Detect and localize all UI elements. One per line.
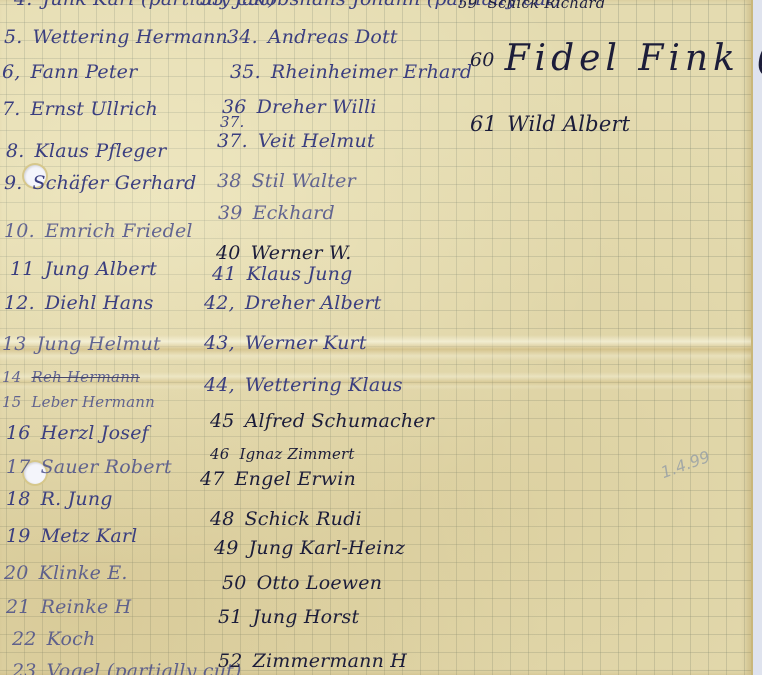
entry-name: Reh Hermann bbox=[32, 368, 140, 386]
entry-name: Stil Walter bbox=[252, 170, 356, 192]
entry-number: 40 bbox=[216, 242, 241, 264]
list-entry: 43,Werner Kurt bbox=[204, 332, 367, 354]
entry-number: 47 bbox=[200, 468, 225, 490]
entry-name: Schäfer Gerhard bbox=[33, 172, 197, 194]
entry-number: 20 bbox=[4, 562, 29, 584]
list-entry: 49Jung Karl-Heinz bbox=[214, 537, 405, 559]
list-entry: 40Werner W. bbox=[216, 242, 352, 264]
entry-name: Rheinheimer Erhard bbox=[271, 61, 472, 83]
list-entry: 12.Diehl Hans bbox=[4, 292, 154, 314]
entry-number: 16 bbox=[6, 422, 31, 444]
list-entry: 8.Klaus Pfleger bbox=[6, 140, 166, 162]
entry-name: Wild Albert bbox=[507, 112, 630, 136]
entry-name: Jung Helmut bbox=[37, 333, 161, 355]
entry-name: Veit Helmut bbox=[258, 130, 375, 152]
list-entry: 42,Dreher Albert bbox=[204, 292, 382, 314]
list-entry: 16Herzl Josef bbox=[6, 422, 149, 444]
list-entry: 61Wild Albert bbox=[470, 112, 630, 136]
entry-name: Andreas Dott bbox=[268, 26, 398, 48]
list-entry: 19Metz Karl bbox=[6, 525, 137, 547]
entry-number: 23 bbox=[12, 660, 37, 675]
pencil-note: 1.4.99 bbox=[658, 447, 712, 482]
list-entry: 9.Schäfer Gerhard bbox=[4, 172, 196, 194]
entry-number: 9. bbox=[4, 172, 23, 194]
entry-number: 8. bbox=[6, 140, 25, 162]
entry-number: 44, bbox=[204, 374, 235, 396]
list-entry: 45Alfred Schumacher bbox=[210, 410, 434, 432]
entry-number: 38 bbox=[217, 170, 242, 192]
entry-name: Jung Karl-Heinz bbox=[249, 537, 406, 559]
entry-name: R. Jung bbox=[41, 488, 113, 510]
entry-number: 51 bbox=[218, 606, 243, 628]
entry-number: 12. bbox=[4, 292, 35, 314]
entry-name: Koch bbox=[47, 628, 96, 650]
entry-name: Reinke H bbox=[41, 596, 132, 618]
entry-name: Schick Rudi bbox=[245, 508, 362, 530]
entry-name: Emrich Friedel bbox=[45, 220, 193, 242]
entry-number: 7. bbox=[2, 98, 21, 120]
entry-name: Wettering Klaus bbox=[245, 374, 403, 396]
list-entry: 23Vogel (partially cut) bbox=[12, 660, 242, 675]
entry-number: 11 bbox=[10, 258, 35, 280]
entry-name: Klinke E. bbox=[39, 562, 128, 584]
entry-number: 14 bbox=[2, 368, 22, 386]
entry-name: Eckhard bbox=[253, 202, 335, 224]
list-entry: 22Koch bbox=[12, 628, 95, 650]
entry-number: 6, bbox=[2, 61, 21, 83]
list-entry: 13Jung Helmut bbox=[2, 333, 161, 355]
entry-number: 37. bbox=[220, 113, 244, 131]
entry-number: 4. bbox=[14, 0, 33, 10]
squared-paper-sheet: 4.Junk Karl (partially cut) 5.Wettering … bbox=[0, 0, 753, 675]
entry-number: 18 bbox=[6, 488, 31, 510]
entry-number: 60 bbox=[470, 49, 495, 71]
entry-name: Dreher Willi bbox=[257, 96, 377, 118]
list-entry: 6,Fann Peter bbox=[2, 61, 137, 83]
entry-name: Leber Hermann bbox=[32, 393, 155, 411]
entry-name: Alfred Schumacher bbox=[245, 410, 434, 432]
list-entry: 7.Ernst Ullrich bbox=[2, 98, 158, 120]
list-entry: 50Otto Loewen bbox=[222, 572, 382, 594]
entry-name: Dreher Albert bbox=[245, 292, 382, 314]
entry-name: Schick Richard bbox=[488, 0, 606, 12]
entry-name: Vogel (partially cut) bbox=[47, 660, 242, 675]
entry-number: 34. bbox=[227, 26, 258, 48]
list-entry: 21Reinke H bbox=[6, 596, 131, 618]
entry-number: 15 bbox=[2, 393, 22, 411]
entry-number: 39 bbox=[218, 202, 243, 224]
entry-number: 52 bbox=[218, 650, 243, 672]
entry-name: Fann Peter bbox=[31, 61, 138, 83]
list-entry: 46Ignaz Zimmert bbox=[210, 445, 355, 463]
entry-name: Klaus Jung bbox=[247, 263, 353, 285]
entry-number: 46 bbox=[210, 445, 230, 463]
list-entry: 37.Veit Helmut bbox=[217, 130, 375, 152]
entry-number: 33 bbox=[200, 0, 225, 10]
entry-number: 45 bbox=[210, 410, 235, 432]
list-entry: 20Klinke E. bbox=[4, 562, 128, 584]
list-entry: 52Zimmermann H bbox=[218, 650, 407, 672]
list-entry: 14Reh Hermann bbox=[2, 368, 140, 386]
list-entry: 59Schick Richard bbox=[458, 0, 606, 12]
entry-number: 22 bbox=[12, 628, 37, 650]
entry-name: Ernst Ullrich bbox=[31, 98, 158, 120]
entry-number: 48 bbox=[210, 508, 235, 530]
entry-number: 50 bbox=[222, 572, 247, 594]
list-entry: 34.Andreas Dott bbox=[235, 26, 398, 48]
list-entry: 10.Emrich Friedel bbox=[4, 220, 193, 242]
entry-number: 35. bbox=[230, 61, 261, 83]
entry-number: 43, bbox=[204, 332, 235, 354]
entry-name: Herzl Josef bbox=[41, 422, 149, 444]
entry-number: 59 bbox=[458, 0, 478, 12]
entry-number: 5. bbox=[4, 26, 23, 48]
list-entry: 5.Wettering Hermann bbox=[4, 26, 228, 48]
list-entry: 17Sauer Robert bbox=[6, 456, 172, 478]
list-entry: 51Jung Horst bbox=[218, 606, 359, 628]
entry-number: 42, bbox=[204, 292, 235, 314]
entry-number: 21 bbox=[6, 596, 31, 618]
entry-name: Diehl Hans bbox=[45, 292, 154, 314]
entry-name: Werner W. bbox=[251, 242, 352, 264]
entry-name: Wettering Hermann bbox=[33, 26, 228, 48]
entry-name: Klaus Pfleger bbox=[35, 140, 167, 162]
list-entry: 39Eckhard bbox=[218, 202, 335, 224]
list-entry: 47Engel Erwin bbox=[200, 468, 356, 490]
entry-name: Ignaz Zimmert bbox=[240, 445, 355, 463]
entry-name: Jung Albert bbox=[45, 258, 157, 280]
entry-name: Otto Loewen bbox=[257, 572, 383, 594]
entry-signature: Fidel Fink (signature) bbox=[505, 38, 762, 79]
list-entry: 41Klaus Jung bbox=[212, 263, 352, 285]
list-entry: 35.Rheinheimer Erhard bbox=[230, 61, 472, 83]
entry-name: Metz Karl bbox=[41, 525, 138, 547]
entry-number: 19 bbox=[6, 525, 31, 547]
list-entry: 44,Wettering Klaus bbox=[204, 374, 403, 396]
entry-number: 17 bbox=[6, 456, 31, 478]
entry-number: 61 bbox=[470, 112, 497, 136]
list-entry: 18R. Jung bbox=[6, 488, 113, 510]
entry-name: Engel Erwin bbox=[235, 468, 356, 490]
entry-name: Sauer Robert bbox=[41, 456, 172, 478]
list-entry: 60Fidel Fink (signature) bbox=[470, 34, 762, 75]
entry-number: 13 bbox=[2, 333, 27, 355]
entry-number: 37. bbox=[217, 130, 248, 152]
list-entry: 38Stil Walter bbox=[217, 170, 356, 192]
entry-number: 10. bbox=[4, 220, 35, 242]
entry-number: 49 bbox=[214, 537, 239, 559]
list-entry: 48Schick Rudi bbox=[210, 508, 362, 530]
entry-name: Werner Kurt bbox=[245, 332, 367, 354]
entry-number: 41 bbox=[212, 263, 237, 285]
entry-name: Jung Horst bbox=[253, 606, 360, 628]
list-entry: 37. bbox=[220, 113, 254, 131]
entry-name: Zimmermann H bbox=[253, 650, 407, 672]
list-entry: 15Leber Hermann bbox=[2, 393, 155, 411]
list-entry: 11Jung Albert bbox=[10, 258, 157, 280]
